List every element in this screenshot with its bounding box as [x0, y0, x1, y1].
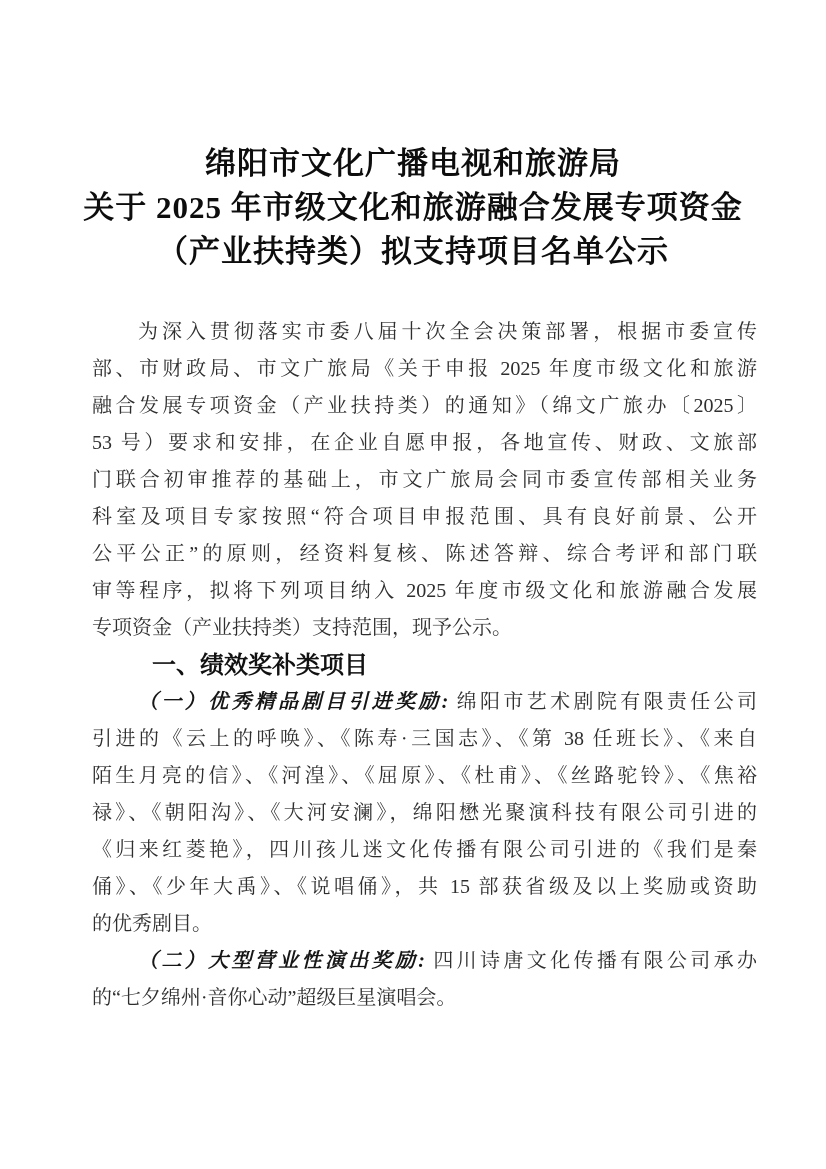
document-body: 为深入贯彻落实市委八届十次全会决策部署，根据市委宣传 部、市财政局、市文广旅局《…: [92, 314, 757, 1017]
text-line: 融合发展专项资金（产业扶持类）的通知》（绵文广旅办〔2025〕: [92, 388, 757, 425]
text-line: 俑》、《少年大禹》、《说唱俑》，共 15 部获省级及以上奖励或资助: [92, 869, 757, 906]
item1-lead-rest: 绵阳市艺术剧院有限责任公司: [448, 691, 757, 713]
item2-lead-label: （二）大型营业性演出奖励:: [138, 950, 425, 972]
text-line: 科室及项目专家按照“符合项目申报范围、具有良好前景、公开: [92, 499, 757, 536]
text-line: 绵阳市文化广播电视和旅游局: [0, 142, 826, 186]
text-line: 《归来红菱艳》，四川孩儿迷文化传播有限公司引进的《我们是秦: [92, 832, 757, 869]
item2-last-line: 的“七夕绵州·音你心动”超级巨星演唱会。: [92, 980, 757, 1017]
intro-mid-lines: 部、市财政局、市文广旅局《关于申报 2025 年度市级文化和旅游融合发展专项资金…: [92, 351, 757, 610]
document-title: 绵阳市文化广播电视和旅游局关于 2025 年市级文化和旅游融合发展专项资金（产业…: [0, 142, 826, 274]
text-line: 门联合初审推荐的基础上，市文广旅局会同市委宣传部相关业务: [92, 462, 757, 499]
intro-paragraph: 为深入贯彻落实市委八届十次全会决策部署，根据市委宣传 部、市财政局、市文广旅局《…: [92, 314, 757, 647]
text-line: 关于 2025 年市级文化和旅游融合发展专项资金: [0, 186, 826, 230]
item2-first-line: （二）大型营业性演出奖励: 四川诗唐文化传播有限公司承办: [92, 943, 757, 980]
item1-mid-lines: 引进的《云上的呼唤》、《陈寿·三国志》、《第 38 任班长》、《来自陌生月亮的信…: [92, 721, 757, 906]
text-line: （产业扶持类）拟支持项目名单公示: [0, 230, 826, 274]
text-line: 禄》、《朝阳沟》、《大河安澜》，绵阳懋光聚演科技有限公司引进的: [92, 795, 757, 832]
section-heading: 一、绩效奖补类项目: [92, 647, 757, 684]
text-line: 部、市财政局、市文广旅局《关于申报 2025 年度市级文化和旅游: [92, 351, 757, 388]
item1-first-line: （一）优秀精品剧目引进奖励: 绵阳市艺术剧院有限责任公司: [92, 684, 757, 721]
item1-lead-label: （一）优秀精品剧目引进奖励:: [138, 691, 448, 713]
item1-last-line: 的优秀剧目。: [92, 906, 757, 943]
item-paragraph-1: （一）优秀精品剧目引进奖励: 绵阳市艺术剧院有限责任公司 引进的《云上的呼唤》、…: [92, 684, 757, 943]
intro-first-line: 为深入贯彻落实市委八届十次全会决策部署，根据市委宣传: [92, 314, 757, 351]
text-line: 陌生月亮的信》、《河湟》、《屈原》、《杜甫》、《丝路驼铃》、《焦裕: [92, 758, 757, 795]
intro-last-line: 专项资金（产业扶持类）支持范围，现予公示。: [92, 610, 757, 647]
item-paragraph-2: （二）大型营业性演出奖励: 四川诗唐文化传播有限公司承办 的“七夕绵州·音你心动…: [92, 943, 757, 1017]
item2-lead-rest: 四川诗唐文化传播有限公司承办: [425, 950, 757, 972]
document-page: 绵阳市文化广播电视和旅游局关于 2025 年市级文化和旅游融合发展专项资金（产业…: [0, 0, 826, 1169]
text-line: 审等程序，拟将下列项目纳入 2025 年度市级文化和旅游融合发展: [92, 573, 757, 610]
text-line: 53 号）要求和安排，在企业自愿申报，各地宣传、财政、文旅部: [92, 425, 757, 462]
text-line: 引进的《云上的呼唤》、《陈寿·三国志》、《第 38 任班长》、《来自: [92, 721, 757, 758]
text-line: 公平公正”的原则，经资料复核、陈述答辩、综合考评和部门联: [92, 536, 757, 573]
